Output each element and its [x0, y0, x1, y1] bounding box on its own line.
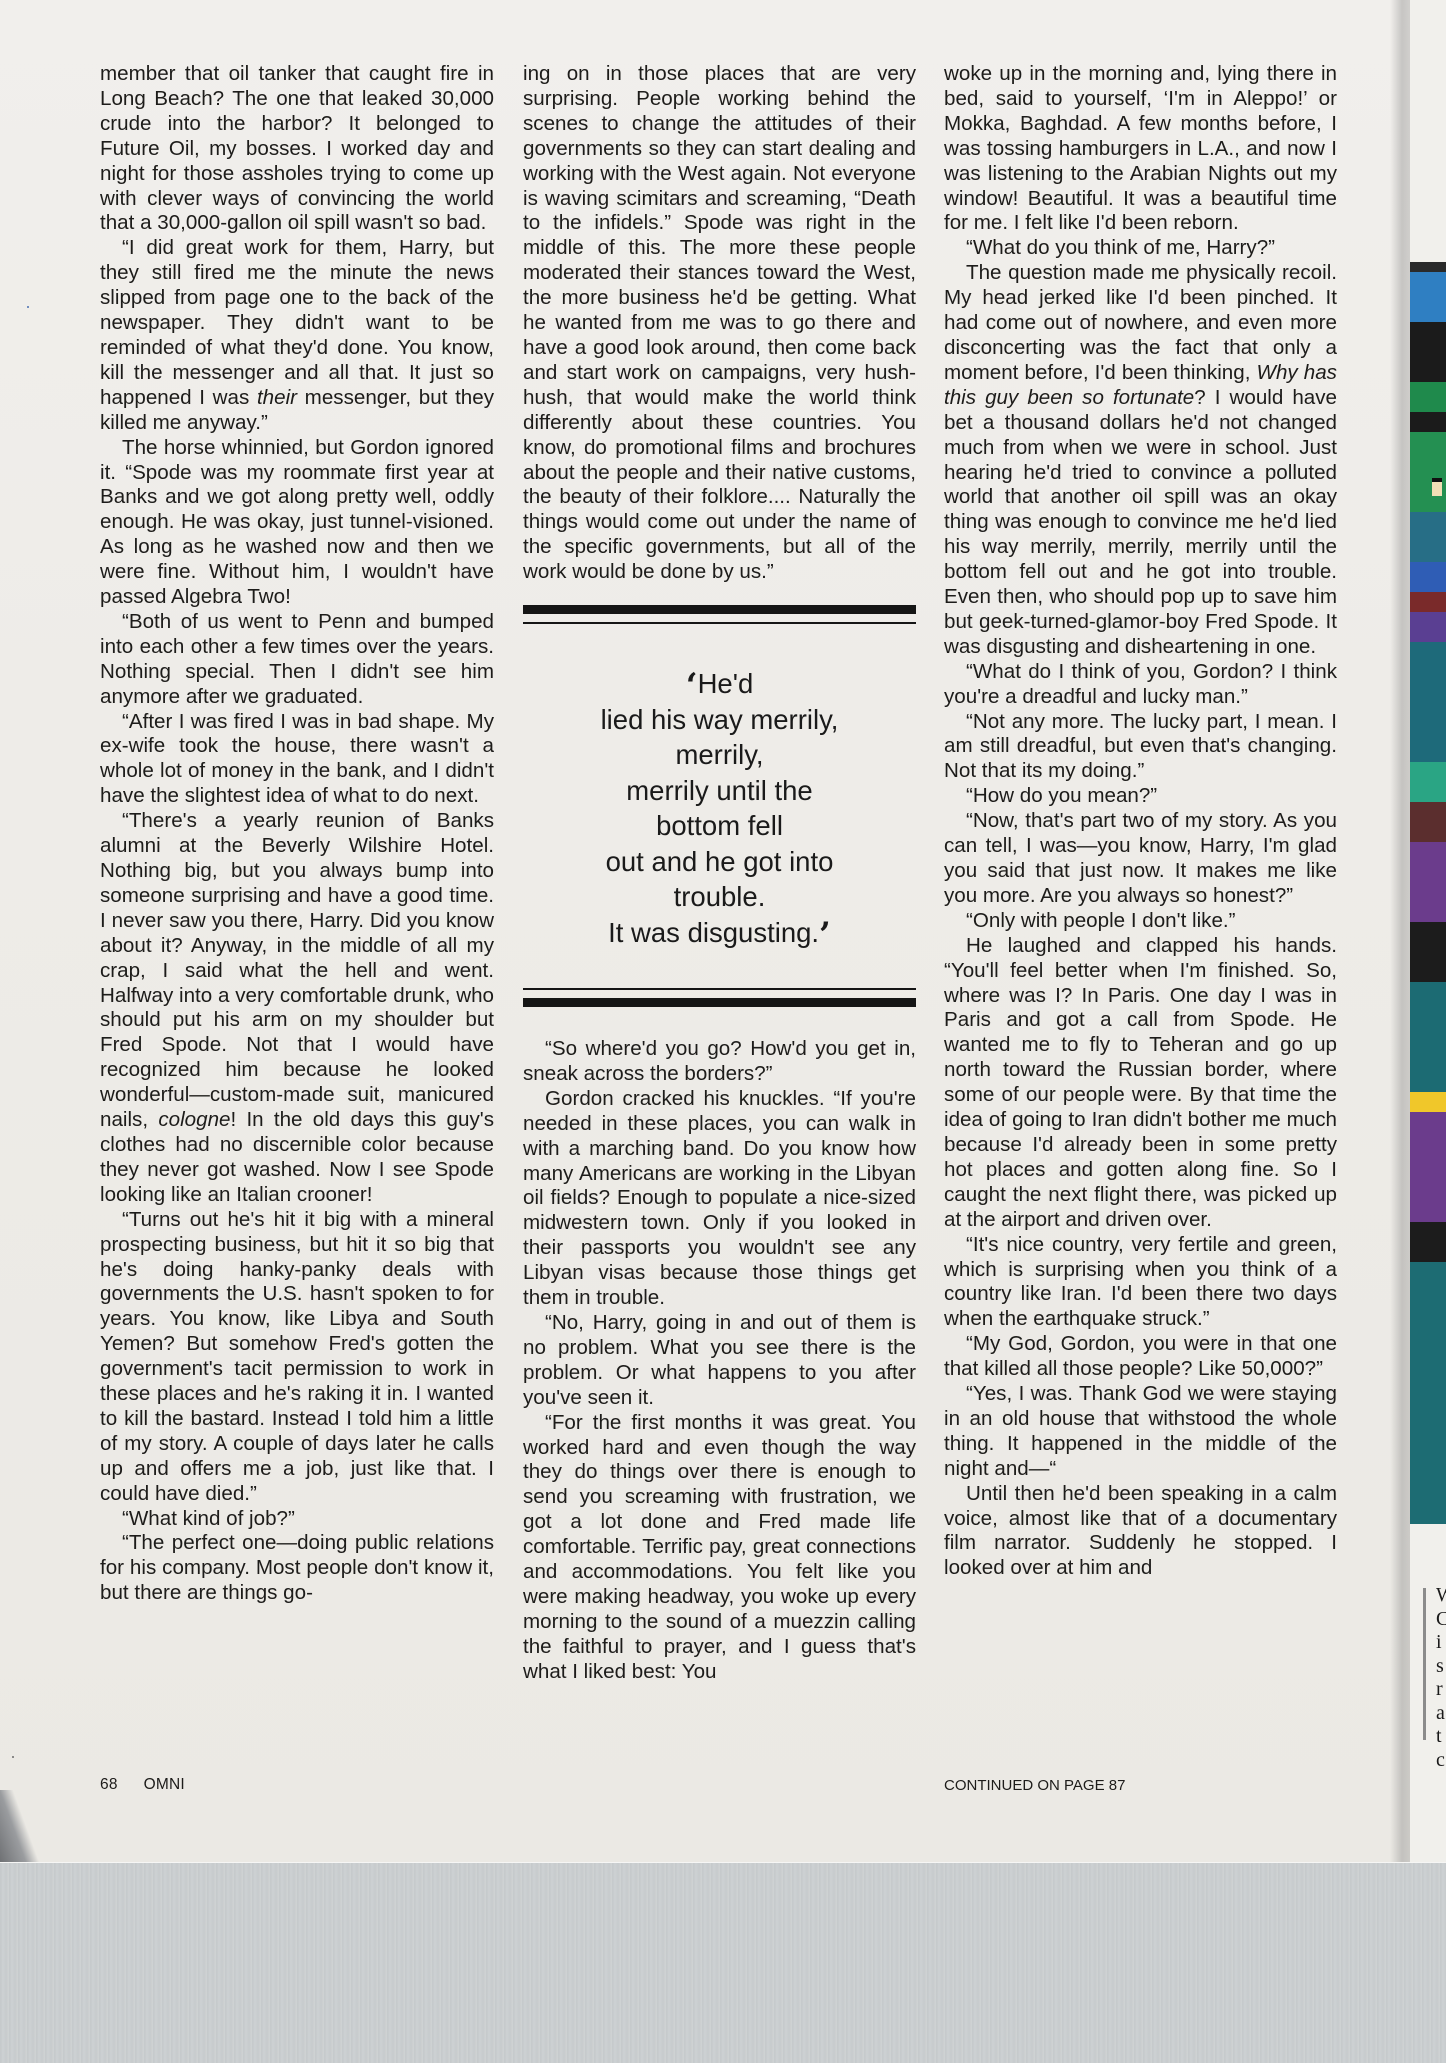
- paragraph: “The perfect one—doing public relations …: [100, 1531, 494, 1606]
- facing-page-rule: [1423, 1588, 1426, 1740]
- paragraph: “After I was fired I was in bad shape. M…: [100, 710, 494, 810]
- pull-quote: ‘He'd lied his way merrily, merrily, mer…: [523, 624, 916, 988]
- paragraph: “No, Harry, going in and out of them is …: [523, 1311, 916, 1411]
- paragraph: “How do you mean?”: [944, 784, 1337, 809]
- paragraph: He laughed and clapped his hands. “You'l…: [944, 934, 1337, 1233]
- paragraph: ing on in those places that are very sur…: [523, 62, 916, 585]
- scan-speck: [12, 1756, 14, 1758]
- page-corner-shadow: [0, 1790, 40, 1865]
- paragraph: “What kind of job?”: [100, 1507, 494, 1532]
- paragraph: The question made me physically recoil. …: [944, 261, 1337, 660]
- magazine-page: member that oil tanker that caught fire …: [0, 0, 1446, 1863]
- pull-quote-block: ‘He'd lied his way merrily, merrily, mer…: [523, 605, 916, 1007]
- binding-spine-shadow: [1390, 0, 1410, 1863]
- emphasis: cologne: [158, 1108, 230, 1131]
- paragraph: “Both of us went to Penn and bumped into…: [100, 610, 494, 710]
- facing-page-illustration: [1410, 262, 1446, 1524]
- paragraph: “I did great work for them, Harry, but t…: [100, 236, 494, 435]
- paragraph: “What do you think of me, Harry?”: [944, 236, 1337, 261]
- paragraph: “What do I think of you, Gordon? I think…: [944, 660, 1337, 710]
- scanner-bed: [0, 1863, 1446, 2063]
- paragraph: Gordon cracked his knuckles. “If you're …: [523, 1087, 916, 1311]
- scan-speck: [27, 306, 29, 308]
- page-number: 68: [100, 1776, 118, 1794]
- paragraph: “Not any more. The lucky part, I mean. I…: [944, 710, 1337, 785]
- facing-page-text-fragment: W C i s r a t c: [1436, 1584, 1446, 1772]
- paragraph: Until then he'd been speaking in a calm …: [944, 1482, 1337, 1582]
- paragraph: “Now, that's part two of my story. As yo…: [944, 809, 1337, 909]
- paragraph: “So where'd you go? How'd you get in, sn…: [523, 1037, 916, 1087]
- paragraph: woke up in the morning and, lying there …: [944, 62, 1337, 236]
- pull-quote-rule-thick: [523, 998, 916, 1007]
- open-quote-icon: ‘: [686, 666, 698, 706]
- article-column-2: ing on in those places that are very sur…: [523, 62, 916, 1685]
- paragraph: “My God, Gordon, you were in that one th…: [944, 1332, 1337, 1382]
- paragraph: “It's nice country, very fertile and gre…: [944, 1233, 1337, 1333]
- article-column-1: member that oil tanker that caught fire …: [100, 62, 494, 1606]
- continued-notice: CONTINUED ON PAGE 87: [944, 1777, 1125, 1794]
- pull-quote-rule-thick: [523, 605, 916, 614]
- close-quote-icon: ’: [819, 915, 831, 955]
- article-column-3: woke up in the morning and, lying there …: [944, 62, 1337, 1581]
- paragraph: “For the first months it was great. You …: [523, 1411, 916, 1685]
- paragraph: member that oil tanker that caught fire …: [100, 62, 494, 236]
- magazine-name: OMNI: [144, 1776, 185, 1794]
- paragraph: “Turns out he's hit it big with a minera…: [100, 1208, 494, 1507]
- illustration-figure-icon: [1432, 478, 1442, 496]
- paragraph: “There's a yearly reunion of Banks alumn…: [100, 809, 494, 1208]
- paragraph: “Yes, I was. Thank God we were staying i…: [944, 1382, 1337, 1482]
- paragraph: “Only with people I don't like.”: [944, 909, 1337, 934]
- page-folio: 68OMNI: [100, 1776, 185, 1794]
- paragraph: The horse whinnied, but Gordon ignored i…: [100, 436, 494, 610]
- emphasis: their: [257, 386, 297, 409]
